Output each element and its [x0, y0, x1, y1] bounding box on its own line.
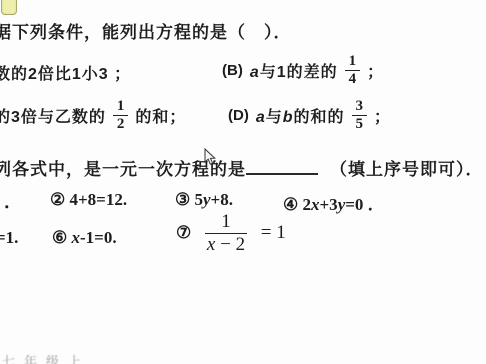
fraction-one-fourth: 1 4 — [345, 53, 361, 87]
equation-item-1-remnant: ． — [4, 188, 22, 214]
watermark-grade-label: 七年级上 — [2, 351, 90, 364]
sticky-note-icon — [1, 0, 17, 15]
fraction-three-fifths: 3 5 — [352, 98, 368, 132]
document-page: 据下列条件，能列出方程的是（ ）． 数的2倍比1小3 ； (B) a与1的差的 … — [0, 0, 486, 364]
fraction-one-over-x-minus-2: 1 x − 2 — [205, 211, 247, 256]
question1-option-a-text: 数的2倍比1小3 ； — [0, 61, 131, 84]
equation-item-5-remnant: =1. — [0, 228, 18, 248]
equation-item-7-number: ⑦ — [176, 223, 191, 243]
question1-option-c-text: 的3倍与乙数的 — [0, 104, 106, 127]
question1-option-d-label: (D) — [228, 107, 249, 124]
question1-option-b-end: ； — [367, 59, 384, 82]
equation-item-6: ⑥ x-1=0. — [52, 228, 117, 248]
question1-option-b-text: a与1的差的 — [250, 59, 338, 82]
question1-option-b-label: (B) — [222, 62, 243, 79]
fraction-one-half: 1 2 — [113, 98, 129, 132]
question1-option-d-text: a与b的和的 — [256, 104, 345, 127]
question1-prompt: 据下列条件，能列出方程的是（ ）． — [0, 18, 292, 43]
arrow-cursor — [204, 148, 217, 166]
question1-option-c-end: 的和； — [135, 104, 186, 127]
question2-suffix: （填上序号即可）． — [330, 160, 484, 179]
equation-item-4: ④ 2x+3y=0 ． — [283, 190, 385, 215]
equation-item-7-rhs: = 1 — [261, 222, 286, 244]
equation-item-2: ② 4+8=12. — [50, 190, 127, 210]
equation-item-3: ③ 5y+8. — [175, 190, 233, 210]
answer-blank — [246, 156, 318, 175]
question1-option-d-end: ； — [374, 104, 391, 127]
